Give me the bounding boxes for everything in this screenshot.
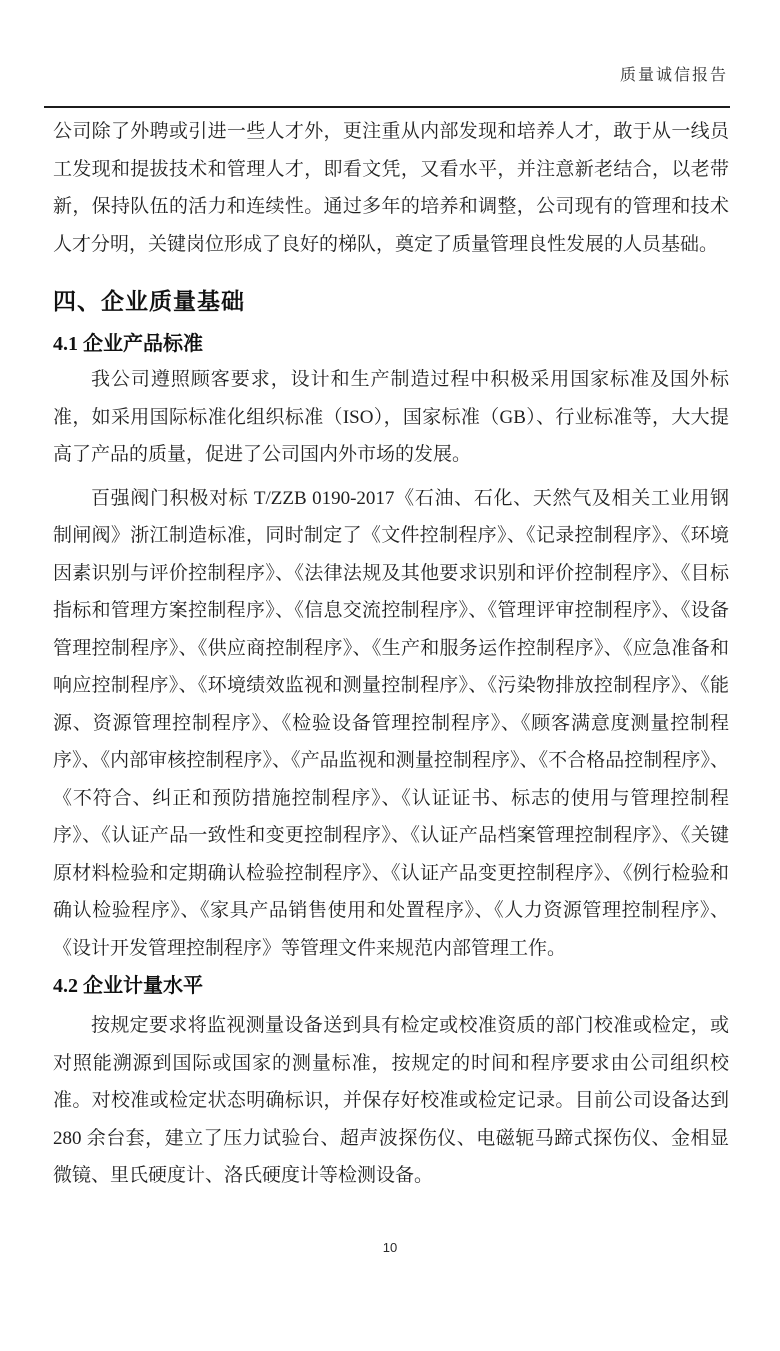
subsection-heading-4-1: 4.1 企业产品标准 (53, 329, 729, 359)
header-rule (44, 106, 730, 108)
document-page: 质量诚信报告 公司除了外聘或引进一些人才外，更注重从内部发现和培养人才，敢于从一… (0, 0, 780, 1351)
paragraph-4-2-metrology: 按规定要求将监视测量设备送到具有检定或校准资质的部门校准或检定，或对照能溯源到国… (53, 1007, 729, 1195)
paragraph-4-1-standards: 我公司遵照顾客要求，设计和生产制造过程中积极采用国家标准及国外标准，如采用国际标… (53, 361, 729, 474)
section-heading-4: 四、企业质量基础 (53, 286, 729, 318)
subsection-heading-4-2: 4.2 企业计量水平 (53, 971, 729, 1001)
page-footer: 10 (0, 1240, 780, 1255)
page-number: 10 (383, 1240, 397, 1255)
document-body: 公司除了外聘或引进一些人才外，更注重从内部发现和培养人才，敢于从一线员工发现和提… (53, 113, 729, 1195)
paragraph-4-1-procedures: 百强阀门积极对标 T/ZZB 0190-2017《石油、石化、天然气及相关工业用… (53, 480, 729, 968)
header-title: 质量诚信报告 (620, 67, 728, 84)
paragraph-intro: 公司除了外聘或引进一些人才外，更注重从内部发现和培养人才，敢于从一线员工发现和提… (53, 113, 729, 263)
page-header: 质量诚信报告 (52, 62, 728, 85)
